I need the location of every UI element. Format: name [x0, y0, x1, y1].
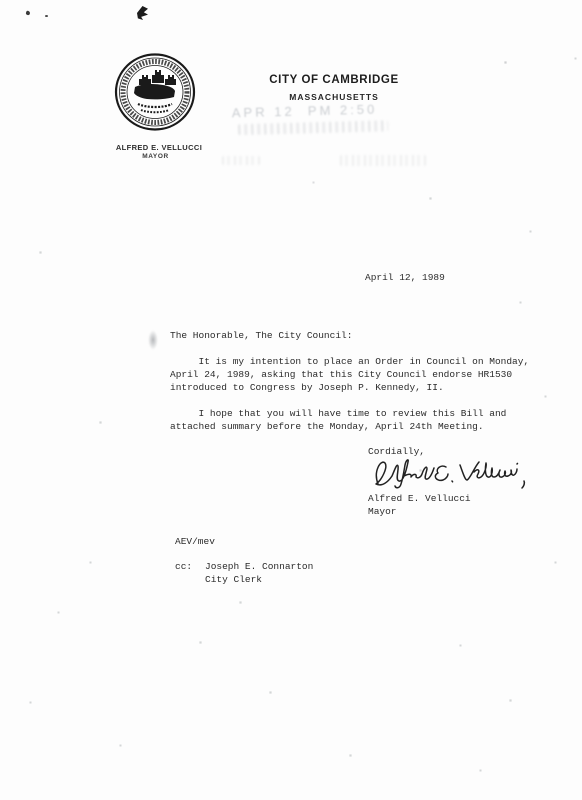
scan-artifact-smudge — [222, 156, 260, 165]
city-of-cambridge-seal-icon — [113, 53, 197, 133]
letterhead-official-title: MAYOR — [103, 153, 208, 160]
cc-label: cc: — [175, 560, 192, 573]
stamp-illegible-line — [238, 120, 388, 135]
salutation: The Honorable, The City Council: — [170, 329, 352, 342]
scan-noise-speckles — [0, 0, 1, 1]
letterhead-official-name: ALFRED E. VELLUCCI — [103, 143, 215, 152]
stamp-date-text: APR 12 PM 2:50 — [232, 101, 412, 121]
body-paragraph-1: It is my intention to place an Order in … — [170, 355, 529, 394]
letter-date: April 12, 1989 — [365, 271, 445, 284]
letterhead-city: CITY OF CAMBRIDGE — [254, 74, 414, 86]
cc-recipient-title: City Clerk — [205, 573, 262, 586]
signature-alfred-e-vellucci — [368, 454, 536, 494]
scan-artifact-smudge — [340, 155, 426, 166]
typed-signature-name: Alfred E. Vellucci — [368, 492, 471, 505]
body-paragraph-2: I hope that you will have time to review… — [170, 407, 506, 433]
typed-signature-title: Mayor — [368, 505, 397, 518]
reference-initials: AEV/mev — [175, 535, 215, 548]
scan-artifact-mark — [137, 6, 148, 20]
cc-recipient-name: Joseph E. Connarton — [205, 560, 313, 573]
scan-artifact-dot — [25, 10, 30, 15]
received-date-stamp: APR 12 PM 2:50 — [232, 101, 413, 136]
letter-page: CITY OF CAMBRIDGE MASSACHUSETTS ALFRED E… — [0, 0, 582, 800]
scan-artifact-smudge — [148, 330, 158, 350]
scan-artifact-dot — [45, 15, 48, 17]
